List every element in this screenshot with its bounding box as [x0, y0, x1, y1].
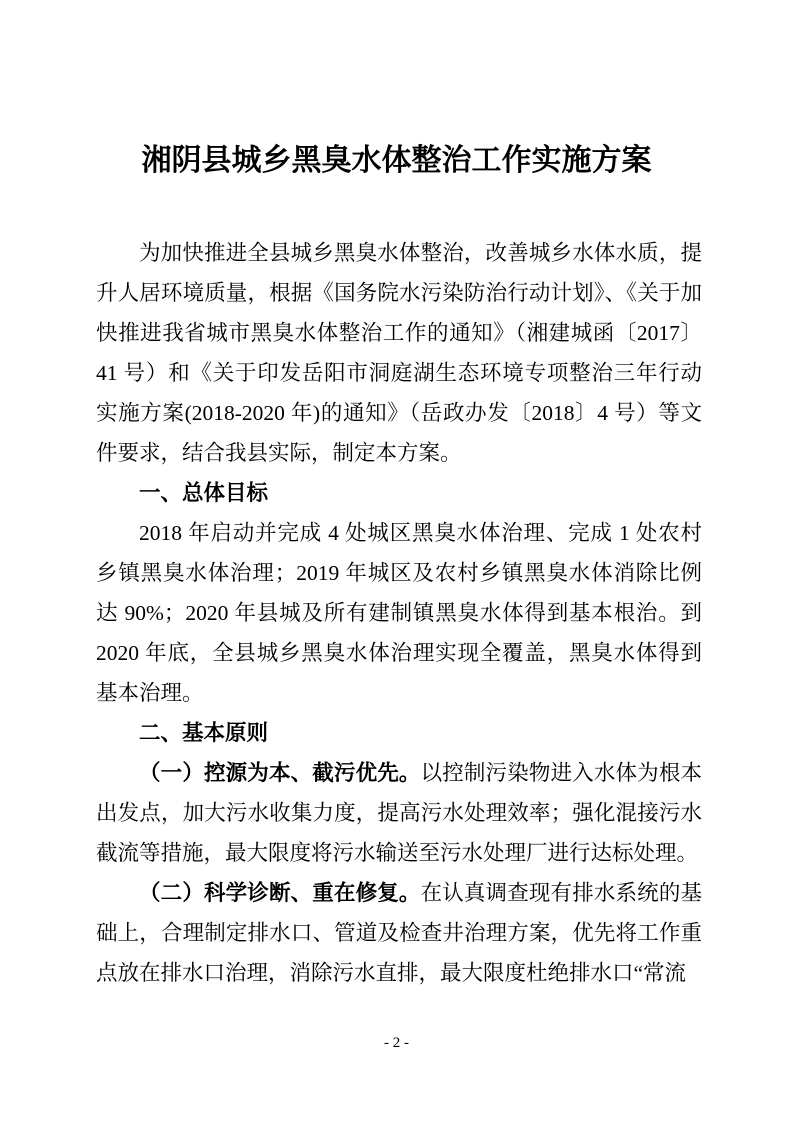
principle-1-lead: （一）控源为本、截污优先。: [139, 761, 421, 785]
document-body: 为加快推进全县城乡黑臭水体整治，改善城乡水体水质，提升人居环境质量，根据《国务院…: [96, 233, 702, 993]
principle-1-paragraph: （一）控源为本、截污优先。以控制污染物进入水体为根本出发点，加大污水收集力度，提…: [96, 753, 702, 873]
section-heading-basic-principles: 二、基本原则: [96, 713, 702, 753]
document-page: 湘阴县城乡黑臭水体整治工作实施方案 为加快推进全县城乡黑臭水体整治，改善城乡水体…: [0, 0, 793, 1122]
page-number: - 2 -: [0, 1033, 793, 1053]
overall-goals-paragraph: 2018 年启动并完成 4 处城区黑臭水体治理、完成 1 处农村乡镇黑臭水体治理…: [96, 513, 702, 713]
principle-2-paragraph: （二）科学诊断、重在修复。在认真调查现有排水系统的基础上，合理制定排水口、管道及…: [96, 873, 702, 993]
section-heading-overall-goals: 一、总体目标: [96, 473, 702, 513]
principle-2-lead: （二）科学诊断、重在修复。: [139, 881, 421, 905]
intro-paragraph: 为加快推进全县城乡黑臭水体整治，改善城乡水体水质，提升人居环境质量，根据《国务院…: [96, 233, 702, 473]
document-title: 湘阴县城乡黑臭水体整治工作实施方案: [0, 138, 793, 184]
